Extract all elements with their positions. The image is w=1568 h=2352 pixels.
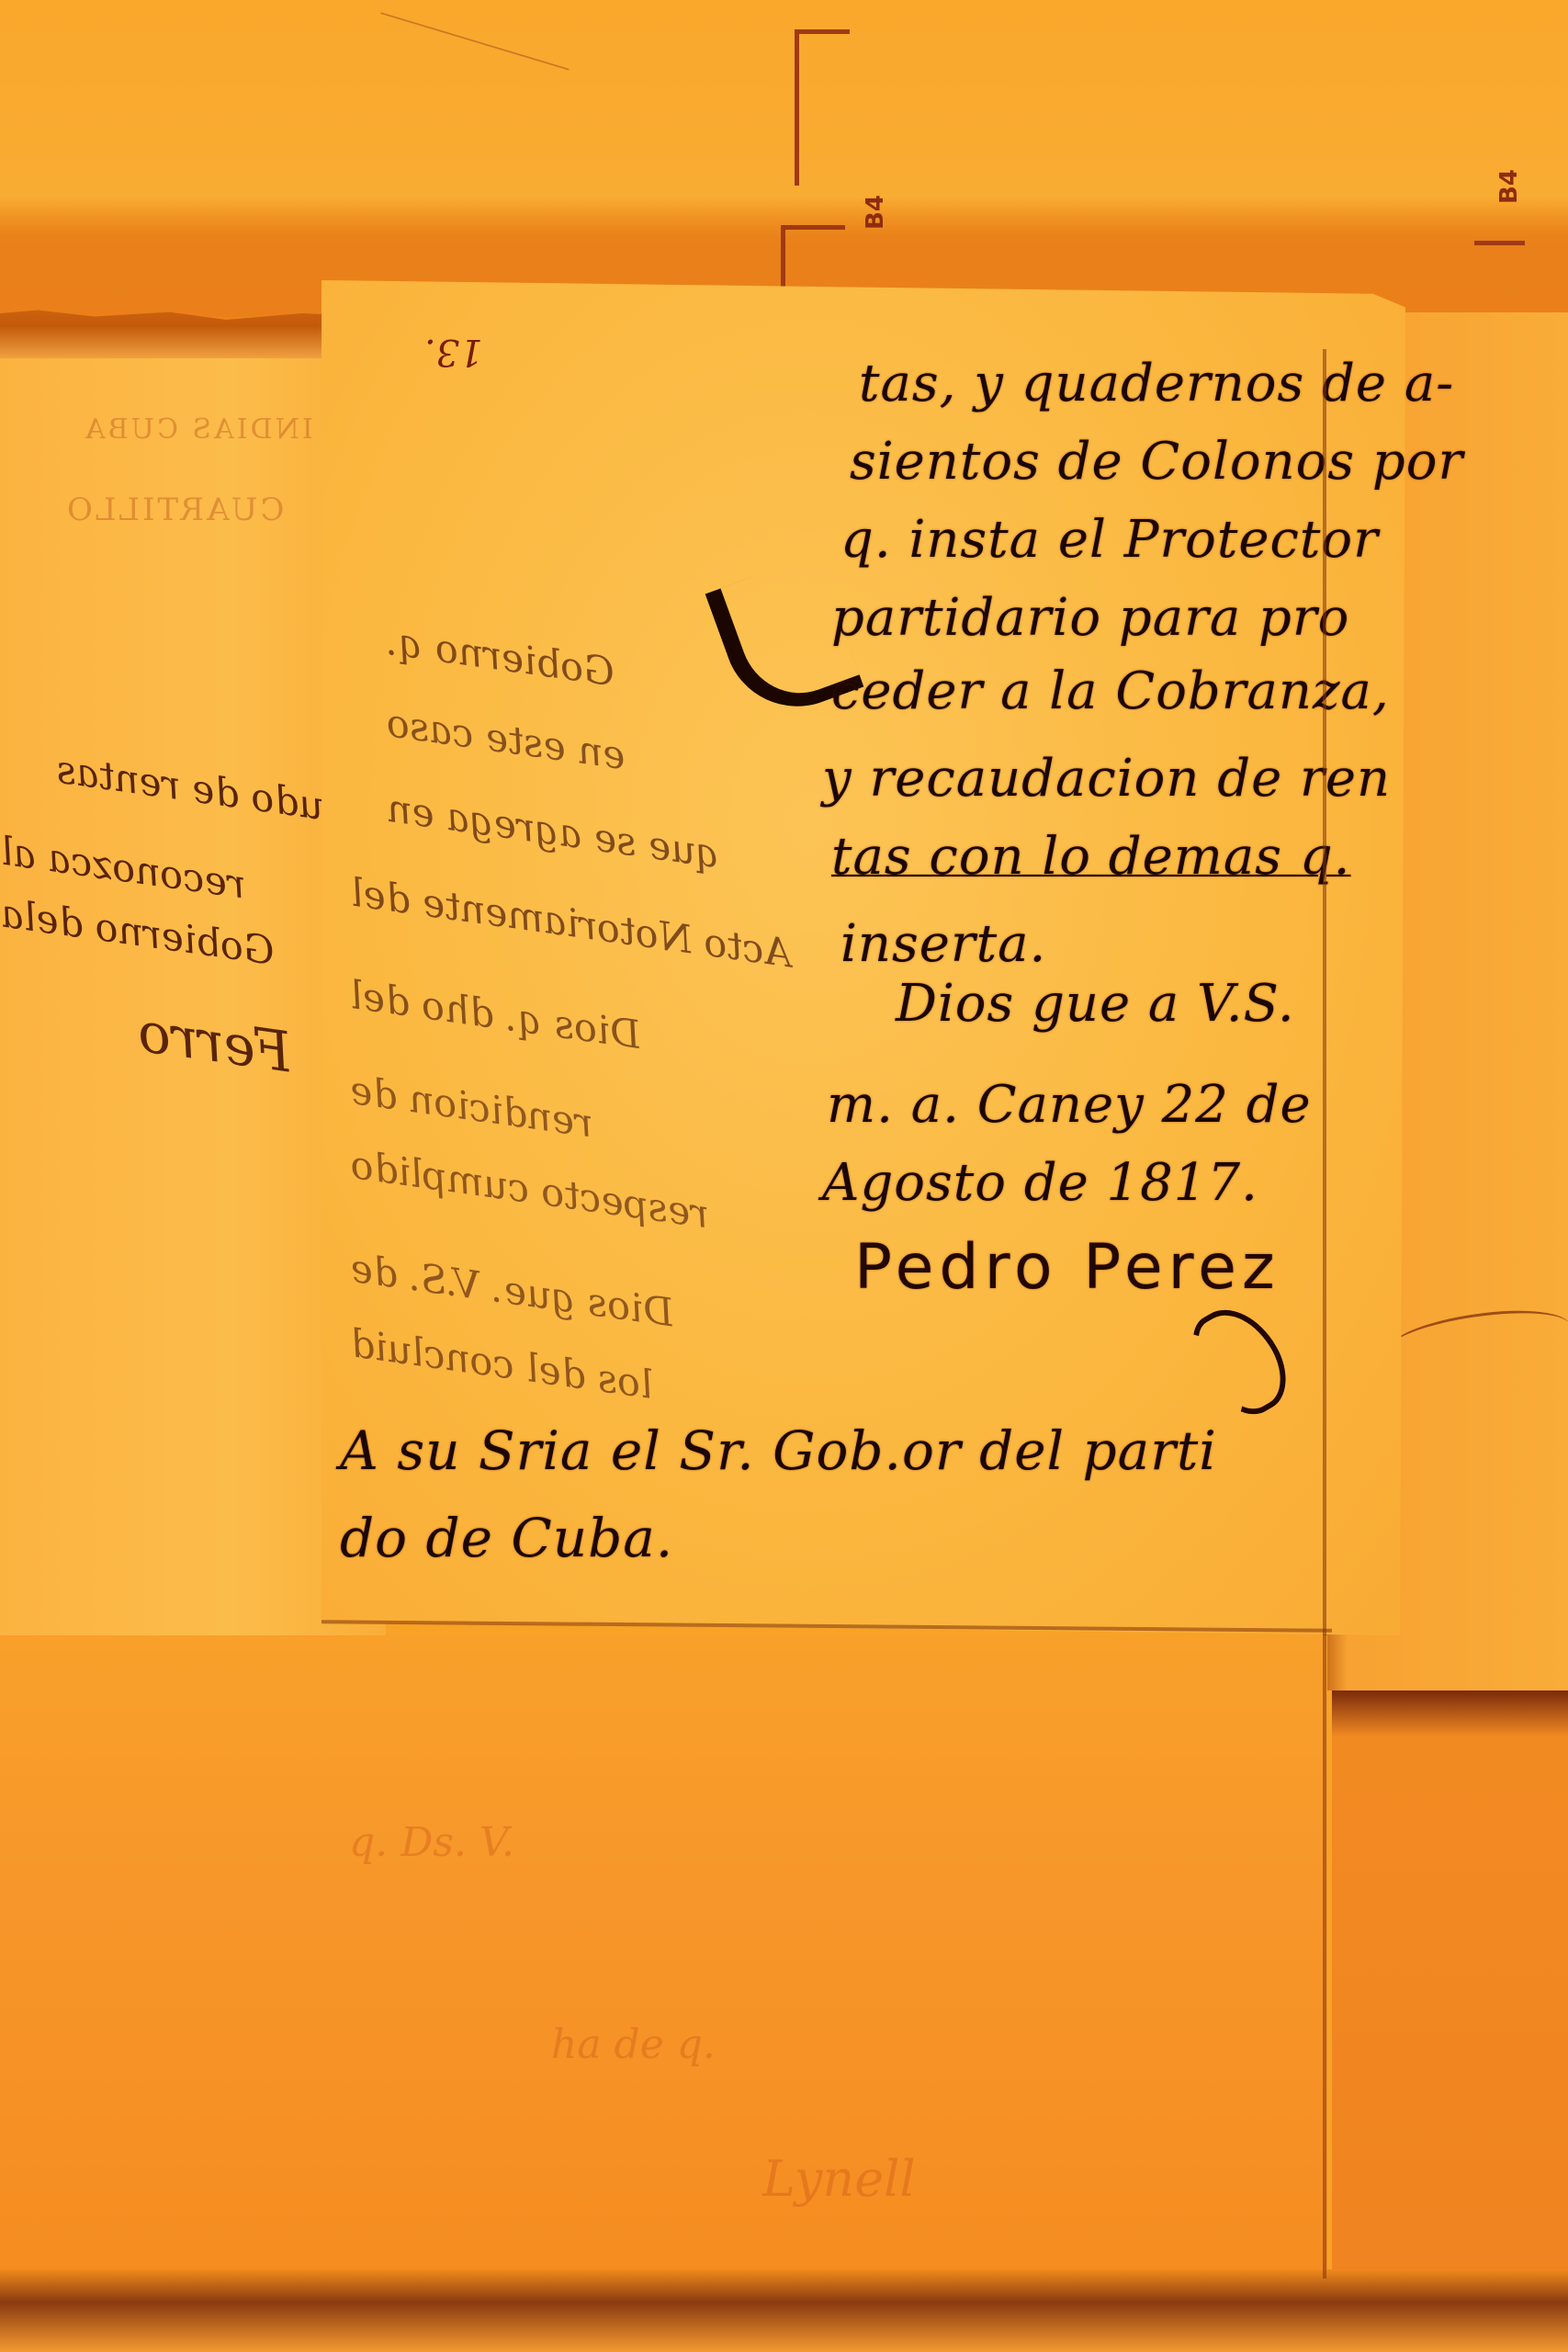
right-lower-sheet (1332, 1690, 1568, 2269)
crop-label-b4-left: B4 (862, 195, 889, 230)
addressee-line-1: A su Sria el Sr. Gob.or del parti (340, 1419, 1217, 1482)
crop-mark-mid-v (781, 225, 785, 294)
addressee-line-2: do de Cuba. (340, 1507, 673, 1569)
letter-line-2: sientos de Colonos por (850, 432, 1463, 492)
letter-line-9-closing: Dios gue a V.S. (896, 974, 1295, 1034)
faded-bleed-3: Lynell (762, 2150, 916, 2208)
letter-line-8: inserta. (840, 914, 1046, 974)
letter-line-10-place: m. a. Caney 22 de (827, 1075, 1312, 1135)
crop-mark-right-h (1474, 241, 1525, 245)
crop-mark-mid-h (781, 225, 845, 230)
faded-bleed-1: q. Ds. V. (349, 1819, 514, 1866)
fold-line-right (1323, 349, 1326, 2278)
faded-bleed-2: ha de q. (551, 2021, 716, 2068)
letter-line-4: partidario para pro (831, 588, 1349, 648)
letter-line-3: q. insta el Protector (840, 510, 1379, 570)
letter-line-1: tas, y quadernos de a- (859, 354, 1454, 413)
crop-label-b4-right: B4 (1495, 169, 1523, 204)
lower-folio: q. Ds. V. ha de q. Lynell (0, 1635, 1327, 2297)
page-number: 13. (424, 331, 483, 373)
crop-mark-top-v (795, 29, 799, 186)
stamp-line-1: INDIAS CUBA (83, 413, 313, 446)
stamp-line-2: CUARTILLO (64, 492, 284, 528)
letter-line-5: ceder a la Cobranza, (831, 661, 1390, 721)
signature: Pedro Perez (854, 1231, 1280, 1304)
bleed-through-left-4: Ferro (134, 1001, 295, 1086)
letter-line-11-date: Agosto de 1817. (822, 1153, 1258, 1213)
crop-mark-top-h (795, 29, 850, 34)
letter-line-7: tas con lo demas q. (831, 827, 1350, 887)
bottom-edge (0, 2269, 1568, 2352)
letter-line-6: y recaudacion de ren (822, 749, 1391, 808)
